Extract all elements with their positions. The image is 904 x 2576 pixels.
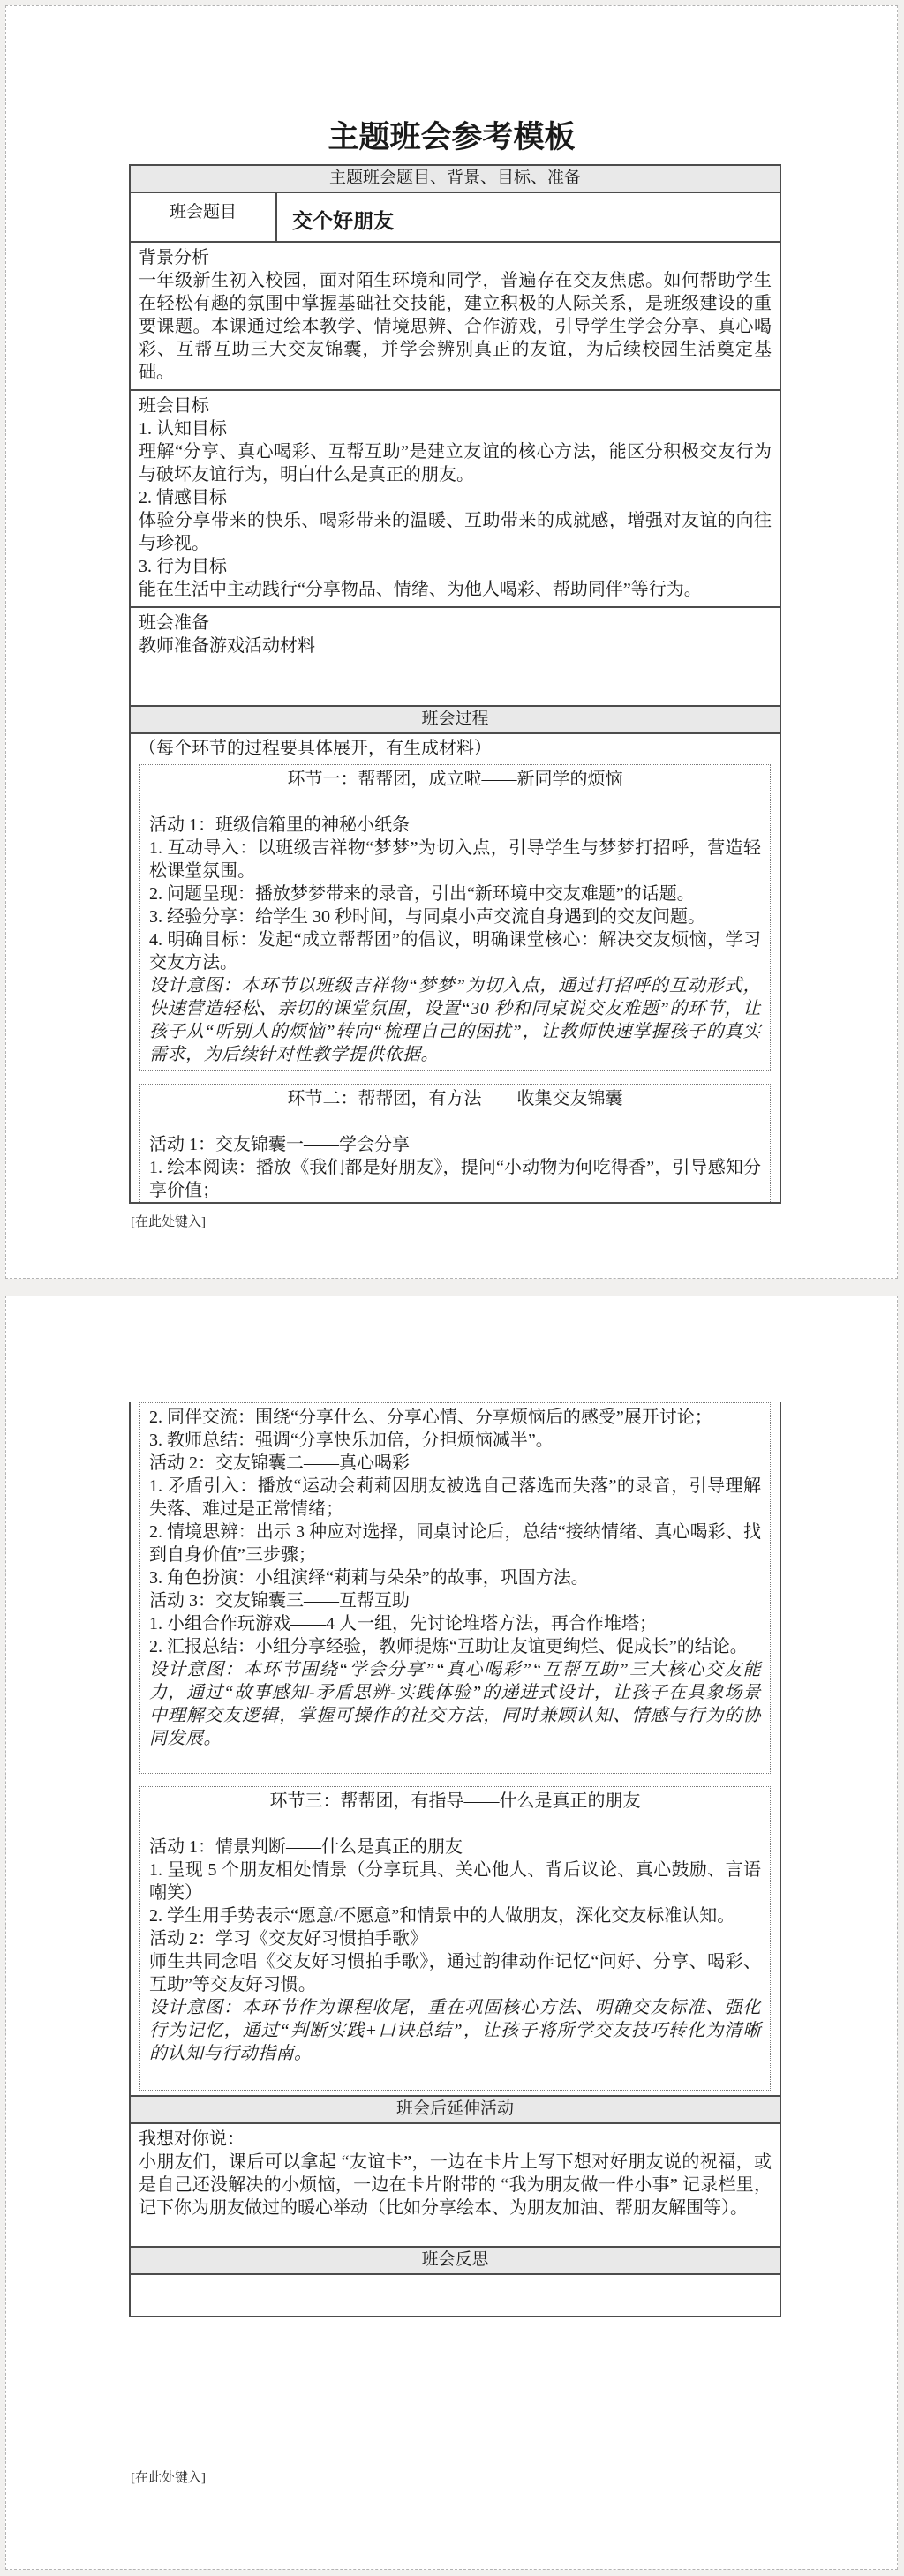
- extension-intro: 我想对你说：: [139, 2128, 772, 2151]
- goal-line: 2. 情感目标: [139, 486, 772, 509]
- activity-line: 3. 教师总结：强调“分享快乐加倍，分担烦恼减半”。: [149, 1429, 761, 1452]
- segment-3-title: 环节三：帮帮团，有指导——什么是真正的朋友: [149, 1790, 761, 1813]
- segment-2-box-part1: 环节二：帮帮团，有方法——收集交友锦囊 活动 1：交友锦囊一——学会分享 1. …: [139, 1084, 771, 1202]
- segment-gap: [139, 1774, 772, 1782]
- activity-line: 1. 小组合作玩游戏——4 人一组，先讨论堆塔方法，再合作堆塔；: [149, 1612, 761, 1635]
- goal-line: 能在生活中主动践行“分享物品、情绪、为他人喝彩、帮助同伴”等行为。: [139, 578, 772, 601]
- preparation-cell: 班会准备 教师准备游戏活动材料: [131, 608, 780, 707]
- topic-label-cell: 班会题目: [131, 193, 277, 241]
- lesson-plan-table-continued: 2. 同伴交流：围绕“分享什么、分享心情、分享烦恼后的感受”展开讨论； 3. 教…: [129, 1402, 781, 2317]
- activity-line: 1. 绘本阅读：播放《我们都是好朋友》，提问“小动物为何吃得香”，引导感知分享价…: [149, 1156, 761, 1202]
- activity-line: 活动 2：交友锦囊二——真心喝彩: [149, 1452, 761, 1475]
- extension-header-row: 班会后延伸活动: [131, 2097, 780, 2124]
- process-note: （每个环节的过程要具体展开，有生成材料）: [139, 737, 772, 760]
- design-intent: 设计意图：本环节作为课程收尾，重在巩固核心方法、明确交友标准、强化行为记忆，通过…: [149, 1996, 761, 2065]
- process-cell-continued: 2. 同伴交流：围绕“分享什么、分享心情、分享烦恼后的感受”展开讨论； 3. 教…: [131, 1402, 780, 2097]
- activity-line: 活动 1：交友锦囊一——学会分享: [149, 1133, 761, 1156]
- background-label: 背景分析: [139, 246, 772, 269]
- activity-line: 3. 角色扮演：小组演绎“莉莉与朵朵”的故事，巩固方法。: [149, 1566, 761, 1589]
- page-1: 主题班会参考模板 主题班会题目、背景、目标、准备 班会题目 交个好朋友 背景分析…: [5, 5, 898, 1279]
- activity-line: 活动 3：交友锦囊三——互帮互助: [149, 1589, 761, 1612]
- preparation-label: 班会准备: [139, 612, 772, 635]
- table-section-header-top: 主题班会题目、背景、目标、准备: [131, 166, 780, 193]
- segment-gap: [139, 1071, 772, 1079]
- goal-line: 理解“分享、真心喝彩、互帮互助”是建立友谊的核心方法，能区分积极交友行为与破坏友…: [139, 440, 772, 486]
- goal-line: 3. 行为目标: [139, 555, 772, 578]
- activity-line: 2. 情境思辨：出示 3 种应对选择，同桌讨论后，总结“接纳情绪、真心喝彩、找到…: [149, 1521, 761, 1566]
- reflection-empty-cell: [131, 2275, 780, 2316]
- activity-line: 2. 问题呈现：播放梦梦带来的录音，引出“新环境中交友难题”的话题。: [149, 882, 761, 905]
- activity-line: 活动 2：学习《交友好习惯拍手歌》: [149, 1927, 761, 1950]
- activity-line: 1. 互动导入：以班级吉祥物“梦梦”为切入点，引导学生与梦梦打招呼，营造轻松课堂…: [149, 837, 761, 882]
- goal-line: 1. 认知目标: [139, 417, 772, 440]
- background-cell: 背景分析 一年级新生初入校园，面对陌生环境和同学，普遍存在交友焦虑。如何帮助学生…: [131, 243, 780, 391]
- goals-label: 班会目标: [139, 394, 772, 417]
- reflection-header-row: 班会反思: [131, 2248, 780, 2275]
- activity-line: 2. 汇报总结：小组分享经验，教师提炼“互助让友谊更绚烂、促成长”的结论。: [149, 1635, 761, 1658]
- goal-line: 体验分享带来的快乐、喝彩带来的温暖、互助带来的成就感，增强对友谊的向往与珍视。: [139, 509, 772, 555]
- topic-row: 班会题目 交个好朋友: [131, 193, 780, 243]
- type-here-placeholder[interactable]: [在此处键入]: [131, 1212, 897, 1230]
- page-2: 2. 同伴交流：围绕“分享什么、分享心情、分享烦恼后的感受”展开讨论； 3. 教…: [5, 1296, 898, 2570]
- type-here-placeholder[interactable]: [在此处键入]: [131, 2467, 206, 2486]
- design-intent: 设计意图：本环节围绕“学会分享”“真心喝彩”“互帮互助”三大核心交友能力，通过“…: [149, 1658, 761, 1750]
- segment-2-box-part2: 2. 同伴交流：围绕“分享什么、分享心情、分享烦恼后的感受”展开讨论； 3. 教…: [139, 1402, 771, 1774]
- segment-3-box: 环节三：帮帮团，有指导——什么是真正的朋友 活动 1：情景判断——什么是真正的朋…: [139, 1786, 771, 2091]
- activity-line: 2. 学生用手势表示“愿意/不愿意”和情景中的人做朋友，深化交友标准认知。: [149, 1904, 761, 1927]
- process-header-row: 班会过程: [131, 707, 780, 734]
- goals-cell: 班会目标 1. 认知目标 理解“分享、真心喝彩、互帮互助”是建立友谊的核心方法，…: [131, 391, 780, 608]
- activity-line: 活动 1：班级信箱里的神秘小纸条: [149, 814, 761, 837]
- activity-line: 1. 矛盾引入：播放“运动会莉莉因朋友被选自己落选而失落”的录音，引导理解失落、…: [149, 1475, 761, 1521]
- activity-line: 2. 同伴交流：围绕“分享什么、分享心情、分享烦恼后的感受”展开讨论；: [149, 1406, 761, 1429]
- background-text: 一年级新生初入校园，面对陌生环境和同学，普遍存在交友焦虑。如何帮助学生在轻松有趣…: [139, 269, 772, 384]
- extension-cell: 我想对你说： 小朋友们，课后可以拿起 “友谊卡”，一边在卡片上写下想对好朋友说的…: [131, 2124, 780, 2248]
- activity-line: 师生共同念唱《交友好习惯拍手歌》，通过韵律动作记忆“问好、分享、喝彩、互助”等交…: [149, 1950, 761, 1996]
- activity-line: 4. 明确目标：发起“成立帮帮团”的倡议，明确课堂核心：解决交友烦恼，学习交友方…: [149, 928, 761, 974]
- document-canvas: { "palette": { "canvas_bg": "#f1f0ee", "…: [0, 0, 904, 2576]
- segment-1-box: 环节一：帮帮团，成立啦——新同学的烦恼 活动 1：班级信箱里的神秘小纸条 1. …: [139, 764, 771, 1071]
- process-cell: （每个环节的过程要具体展开，有生成材料） 环节一：帮帮团，成立啦——新同学的烦恼…: [131, 734, 780, 1202]
- activity-line: 活动 1：情景判断——什么是真正的朋友: [149, 1836, 761, 1859]
- preparation-text: 教师准备游戏活动材料: [139, 635, 772, 657]
- lesson-plan-table: 主题班会题目、背景、目标、准备 班会题目 交个好朋友 背景分析 一年级新生初入校…: [129, 164, 781, 1204]
- segment-1-title: 环节一：帮帮团，成立啦——新同学的烦恼: [149, 768, 761, 791]
- design-intent: 设计意图：本环节以班级吉祥物“梦梦”为切入点，通过打招呼的互动形式，快速营造轻松…: [149, 974, 761, 1066]
- segment-2-title: 环节二：帮帮团，有方法——收集交友锦囊: [149, 1087, 761, 1110]
- activity-line: 3. 经验分享：给学生 30 秒时间，与同桌小声交流自身遇到的交友问题。: [149, 905, 761, 928]
- document-title: 主题班会参考模板: [6, 6, 897, 156]
- topic-value-cell: 交个好朋友: [277, 193, 780, 241]
- activity-line: 1. 呈现 5 个朋友相处情景（分享玩具、关心他人、背后议论、真心鼓励、言语嘲笑…: [149, 1859, 761, 1904]
- extension-text: 小朋友们，课后可以拿起 “友谊卡”，一边在卡片上写下想对好朋友说的祝福，或是自己…: [139, 2151, 772, 2219]
